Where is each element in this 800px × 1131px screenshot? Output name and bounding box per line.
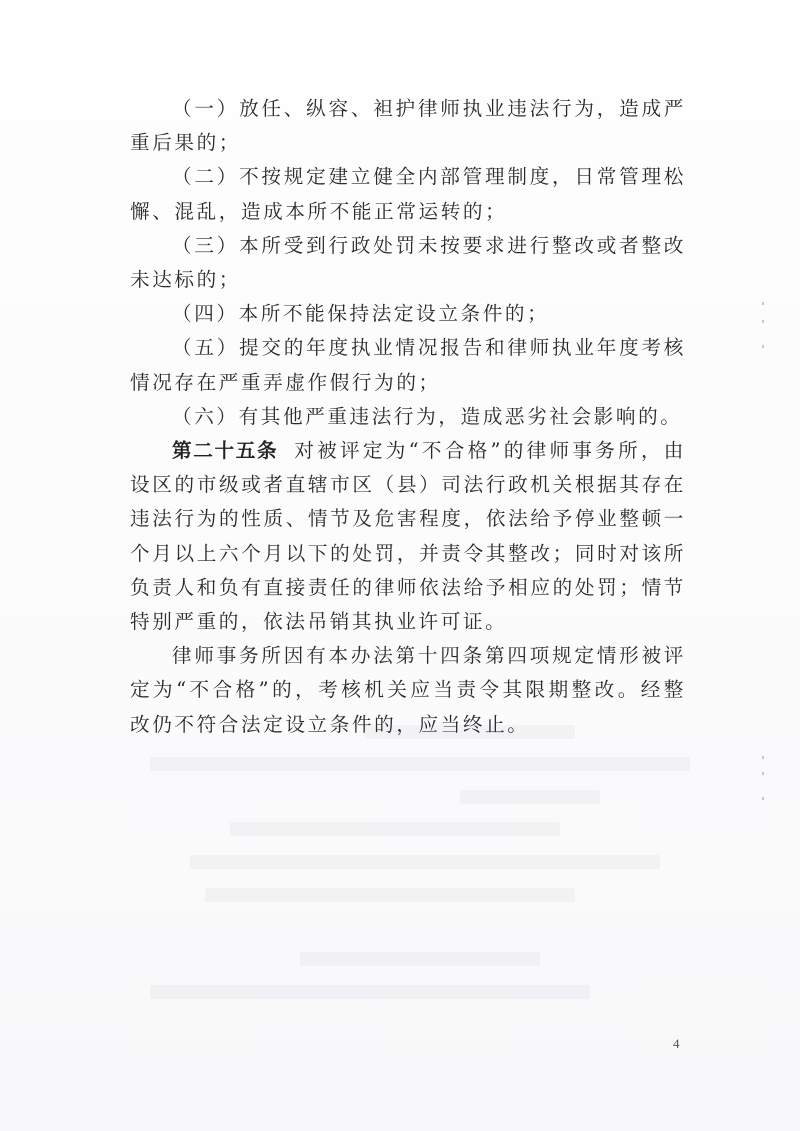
- closing-paragraph: 律师事务所因有本办法第十四条第四项规定情形被评定为“不合格”的，考核机关应当责令…: [130, 639, 686, 742]
- page-number: 4: [673, 1036, 680, 1052]
- bleed-through-line: [300, 952, 540, 966]
- scan-mark: [762, 756, 764, 759]
- list-item-1: （一）放任、纵容、袒护律师执业违法行为，造成严重后果的；: [130, 92, 686, 160]
- bleed-through-line: [190, 855, 660, 869]
- bleed-through-line: [150, 985, 590, 999]
- document-body: （一）放任、纵容、袒护律师执业违法行为，造成严重后果的； （二）不按规定建立健全…: [130, 92, 686, 742]
- article-number: 第二十五条: [172, 439, 278, 462]
- article-25: 第二十五条对被评定为“不合格”的律师事务所，由设区的市级或者直辖市区（县）司法行…: [130, 434, 686, 639]
- scan-mark: [762, 345, 764, 348]
- bleed-through-line: [230, 822, 560, 836]
- scan-mark: [762, 320, 764, 323]
- bleed-through-line: [460, 790, 600, 804]
- scan-mark: [762, 302, 764, 305]
- list-item-3: （三）本所受到行政处罚未按要求进行整改或者整改未达标的；: [130, 229, 686, 297]
- list-item-4: （四）本所不能保持法定设立条件的；: [130, 297, 686, 331]
- list-item-6: （六）有其他严重违法行为，造成恶劣社会影响的。: [130, 400, 686, 434]
- bleed-through-line: [150, 757, 690, 771]
- bleed-through-line: [205, 888, 575, 902]
- scan-mark: [762, 772, 764, 775]
- list-item-5: （五）提交的年度执业情况报告和律师执业年度考核情况存在严重弄虚作假行为的；: [130, 331, 686, 399]
- list-item-2: （二）不按规定建立健全内部管理制度，日常管理松懈、混乱，造成本所不能正常运转的；: [130, 160, 686, 228]
- document-page: （一）放任、纵容、袒护律师执业违法行为，造成严重后果的； （二）不按规定建立健全…: [0, 0, 800, 1131]
- scan-mark: [762, 797, 764, 800]
- article-text: 对被评定为“不合格”的律师事务所，由设区的市级或者直辖市区（县）司法行政机关根据…: [130, 439, 686, 633]
